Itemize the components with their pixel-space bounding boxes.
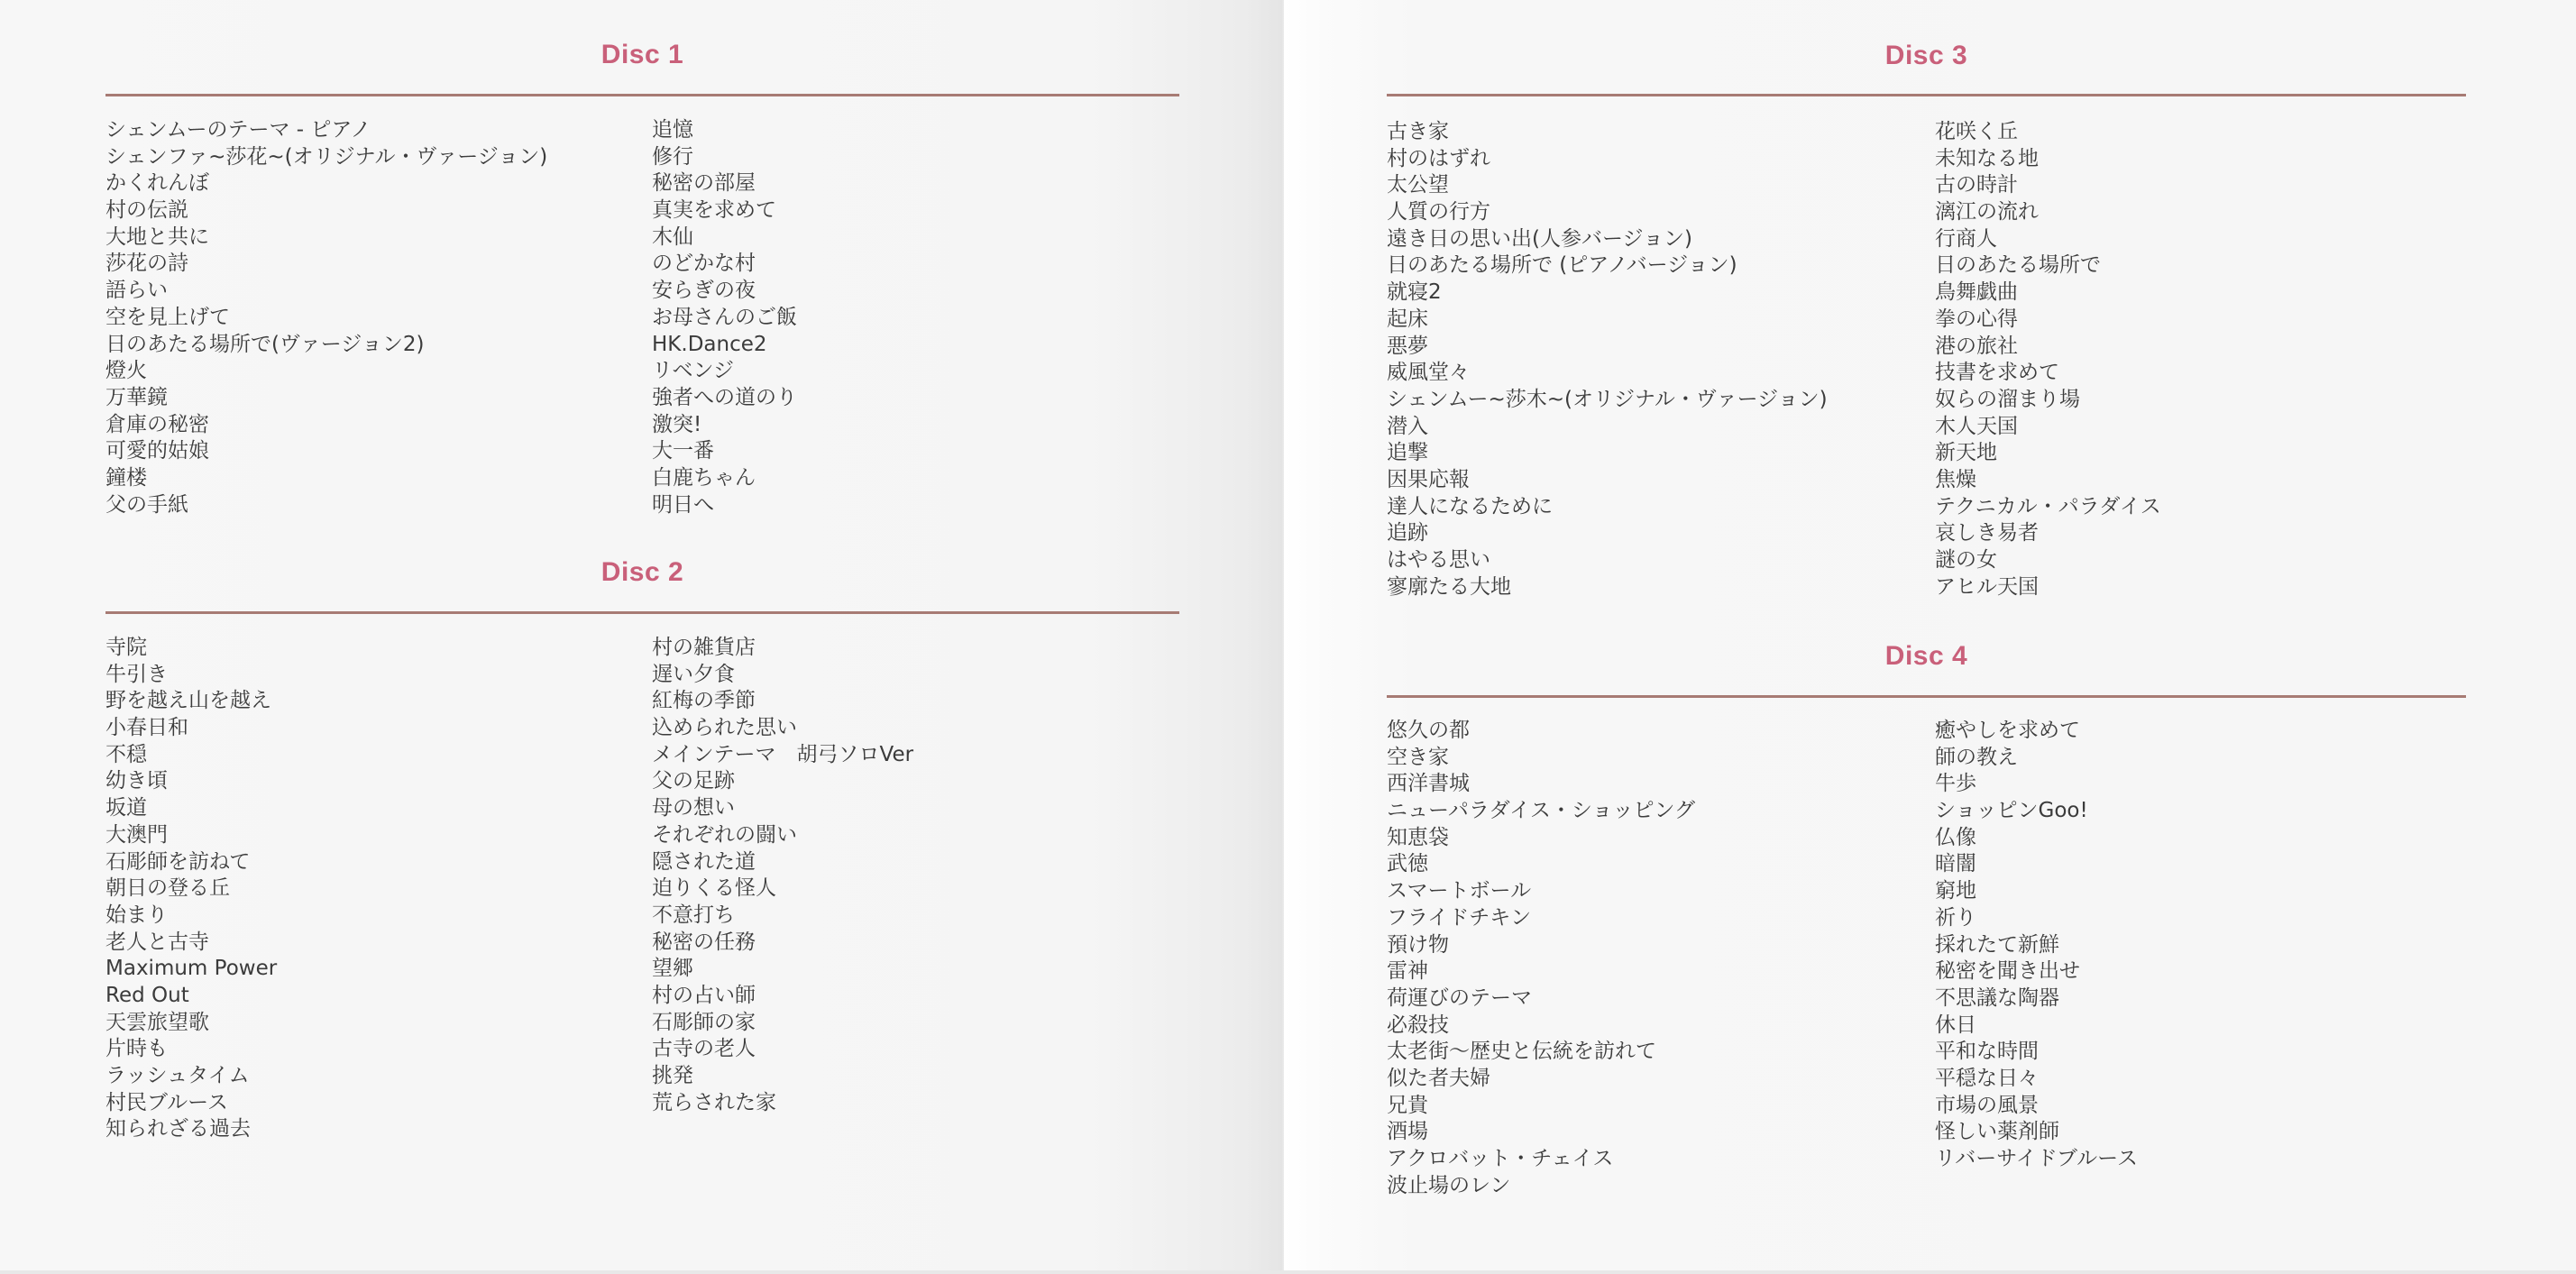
- disc-4-tracklist-col1: 悠久の都空き家西洋書城ニューパラダイス・ショッピング知恵袋武徳スマートボールフラ…: [1387, 718, 1695, 1199]
- track-title: 達人になるために: [1387, 494, 1828, 521]
- track-title: 不穏: [105, 742, 277, 769]
- track-title: 哀しき易者: [1935, 520, 2161, 547]
- track-title: 花咲く丘: [1935, 119, 2161, 146]
- disc-2-tracklist-col2: 村の雑貨店遅い夕食紅梅の季節込められた思いメインテーマ 胡弓ソロVer父の足跡母…: [652, 635, 913, 1116]
- disc-3-title: Disc 3: [1387, 41, 2466, 71]
- track-title: 木人天国: [1935, 414, 2161, 441]
- track-title: 白鹿ちゃん: [652, 465, 797, 492]
- disc-3-divider: [1387, 94, 2466, 96]
- track-title: 追撃: [1387, 440, 1828, 467]
- track-title: 村民ブルース: [105, 1090, 277, 1117]
- track-title: 悠久の都: [1387, 718, 1695, 745]
- track-title: Red Out: [105, 983, 277, 1010]
- track-title: 行商人: [1935, 226, 2161, 253]
- track-title: 村の雑貨店: [652, 635, 913, 662]
- track-title: 大地と共に: [105, 225, 547, 252]
- disc-1-tracklist-col1: シェンムーのテーマ - ピアノシェンファ~莎花~(オリジナル・ヴァージョン)かく…: [105, 117, 547, 518]
- track-title: それぞれの闘い: [652, 822, 913, 849]
- track-title: 片時も: [105, 1036, 277, 1063]
- track-title: 遠き日の思い出(人参バージョン): [1387, 226, 1828, 253]
- track-title: 起床: [1387, 307, 1828, 334]
- track-title: 知恵袋: [1387, 825, 1695, 852]
- disc-1-title: Disc 1: [105, 40, 1179, 70]
- track-title: 木仙: [652, 225, 797, 252]
- track-title: 平穏な日々: [1935, 1066, 2138, 1093]
- track-title: 紅梅の季節: [652, 688, 913, 715]
- track-title: 明日へ: [652, 492, 797, 519]
- track-title: 漓江の流れ: [1935, 199, 2161, 226]
- track-title: 秘密の部屋: [652, 170, 797, 197]
- disc-3-tracklist-col2: 花咲く丘未知なる地古の時計漓江の流れ行商人日のあたる場所で鳥舞戯曲拳の心得港の旅…: [1935, 119, 2161, 600]
- track-title: 真実を求めて: [652, 197, 797, 225]
- track-title: 追跡: [1387, 520, 1828, 547]
- track-title: 野を越え山を越え: [105, 688, 277, 715]
- track-title: 望郷: [652, 956, 913, 983]
- track-title: ニューパラダイス・ショッピング: [1387, 798, 1695, 825]
- track-title: 古寺の老人: [652, 1036, 913, 1063]
- track-title: 知られざる過去: [105, 1116, 277, 1143]
- track-title: ショッピンGoo!: [1935, 798, 2138, 825]
- track-title: 石彫師を訪ねて: [105, 849, 277, 876]
- track-title: 鐘楼: [105, 465, 547, 492]
- track-title: 謎の女: [1935, 547, 2161, 574]
- track-title: 西洋書城: [1387, 771, 1695, 798]
- track-title: 古き家: [1387, 119, 1828, 146]
- track-title: シェンムー~莎木~(オリジナル・ヴァージョン): [1387, 387, 1828, 414]
- disc-1-section: Disc 1 シェンムーのテーマ - ピアノシェンファ~莎花~(オリジナル・ヴァ…: [105, 0, 1179, 541]
- track-title: 小春日和: [105, 715, 277, 742]
- track-title: 武徳: [1387, 851, 1695, 878]
- track-title: 暗闇: [1935, 851, 2138, 878]
- disc-1-tracklist-col2: 追憶修行秘密の部屋真実を求めて木仙のどかな村安らぎの夜お母さんのご飯HK.Dan…: [652, 117, 797, 518]
- track-title: かくれんぼ: [105, 170, 547, 197]
- track-title: 奴らの溜まり場: [1935, 387, 2161, 414]
- track-title: シェンファ~莎花~(オリジナル・ヴァージョン): [105, 144, 547, 171]
- track-title: ラッシュタイム: [105, 1063, 277, 1090]
- track-title: 万華鏡: [105, 385, 547, 412]
- disc-2-title: Disc 2: [105, 557, 1179, 588]
- booklet-page-left: Disc 1 シェンムーのテーマ - ピアノシェンファ~莎花~(オリジナル・ヴァ…: [0, 0, 1284, 1274]
- track-title: 必殺技: [1387, 1013, 1695, 1040]
- track-title: 父の足跡: [652, 768, 913, 795]
- track-title: 村の占い師: [652, 983, 913, 1010]
- track-title: 焦燥: [1935, 467, 2161, 494]
- track-title: 父の手紙: [105, 492, 547, 519]
- track-title: 荒らされた家: [652, 1090, 913, 1117]
- disc-4-section: Disc 4 悠久の都空き家西洋書城ニューパラダイス・ショッピング知恵袋武徳スマ…: [1387, 622, 2466, 1253]
- track-title: 遅い夕食: [652, 662, 913, 689]
- track-title: 太老街〜歴史と伝統を訪れて: [1387, 1039, 1695, 1066]
- track-title: 幼き頃: [105, 768, 277, 795]
- track-title: 倉庫の秘密: [105, 412, 547, 439]
- track-title: 母の想い: [652, 795, 913, 822]
- track-title: 寥廓たる大地: [1387, 574, 1828, 601]
- track-title: 祈り: [1935, 905, 2138, 932]
- track-title: 太公望: [1387, 172, 1828, 199]
- track-title: 因果応報: [1387, 467, 1828, 494]
- track-title: HK.Dance2: [652, 332, 797, 359]
- disc-2-divider: [105, 611, 1179, 614]
- track-title: のどかな村: [652, 251, 797, 278]
- track-title: 仏像: [1935, 825, 2138, 852]
- disc-4-divider: [1387, 695, 2466, 698]
- track-title: 市場の風景: [1935, 1093, 2138, 1120]
- track-title: 兄貴: [1387, 1093, 1695, 1120]
- disc-4-title: Disc 4: [1387, 641, 2466, 672]
- track-title: 激突!: [652, 412, 797, 439]
- track-title: フライドチキン: [1387, 905, 1695, 932]
- track-title: 大一番: [652, 438, 797, 465]
- disc-4-tracklist-col2: 癒やしを求めて師の教え牛歩ショッピンGoo!仏像暗闇窮地祈り採れたて新鮮秘密を聞…: [1935, 718, 2138, 1173]
- track-title: 迫りくる怪人: [652, 875, 913, 903]
- track-title: 鳥舞戯曲: [1935, 280, 2161, 307]
- track-title: 似た者夫婦: [1387, 1066, 1695, 1093]
- track-title: テクニカル・パラダイス: [1935, 494, 2161, 521]
- disc-2-tracklist-col1: 寺院牛引き野を越え山を越え小春日和不穏幼き頃坂道大澳門石彫師を訪ねて朝日の登る丘…: [105, 635, 277, 1143]
- track-title: 空き家: [1387, 745, 1695, 772]
- track-title: メインテーマ 胡弓ソロVer: [652, 742, 913, 769]
- track-title: 可愛的姑娘: [105, 438, 547, 465]
- track-title: 老人と古寺: [105, 930, 277, 957]
- track-title: 隠された道: [652, 849, 913, 876]
- track-title: 追憶: [652, 117, 797, 144]
- track-title: 坂道: [105, 795, 277, 822]
- booklet-page-right: Disc 3 古き家村のはずれ太公望人質の行方遠き日の思い出(人参バージョン)日…: [1284, 0, 2576, 1274]
- track-title: 雷神: [1387, 958, 1695, 985]
- track-title: 村のはずれ: [1387, 146, 1828, 173]
- track-title: 秘密を聞き出せ: [1935, 958, 2138, 985]
- track-title: 秘密の任務: [652, 930, 913, 957]
- track-title: 日のあたる場所で (ピアノバージョン): [1387, 252, 1828, 280]
- disc-3-tracklist-col1: 古き家村のはずれ太公望人質の行方遠き日の思い出(人参バージョン)日のあたる場所で…: [1387, 119, 1828, 600]
- track-title: 語らい: [105, 278, 547, 305]
- track-title: 不思議な陶器: [1935, 985, 2138, 1013]
- track-title: 平和な時間: [1935, 1039, 2138, 1066]
- track-title: 師の教え: [1935, 745, 2138, 772]
- track-title: 牛引き: [105, 662, 277, 689]
- track-title: Maximum Power: [105, 956, 277, 983]
- track-title: 人質の行方: [1387, 199, 1828, 226]
- track-title: 潜入: [1387, 414, 1828, 441]
- track-title: 怪しい薬剤師: [1935, 1119, 2138, 1146]
- track-title: 寺院: [105, 635, 277, 662]
- track-title: 技書を求めて: [1935, 360, 2161, 387]
- track-title: 燈火: [105, 358, 547, 385]
- track-title: 港の旅社: [1935, 334, 2161, 361]
- track-title: 強者への道のり: [652, 385, 797, 412]
- track-title: シェンムーのテーマ - ピアノ: [105, 117, 547, 144]
- track-title: はやる思い: [1387, 547, 1828, 574]
- track-title: 挑発: [652, 1063, 913, 1090]
- track-title: 修行: [652, 144, 797, 171]
- track-title: 空を見上げて: [105, 305, 547, 332]
- track-title: 天雲旅望歌: [105, 1010, 277, 1037]
- track-title: 古の時計: [1935, 172, 2161, 199]
- track-title: 預け物: [1387, 932, 1695, 959]
- track-title: 荷運びのテーマ: [1387, 985, 1695, 1013]
- track-title: アヒル天国: [1935, 574, 2161, 601]
- track-title: リバーサイドブルース: [1935, 1146, 2138, 1173]
- track-title: 新天地: [1935, 440, 2161, 467]
- track-title: 窮地: [1935, 878, 2138, 905]
- track-title: 始まり: [105, 903, 277, 930]
- track-title: 朝日の登る丘: [105, 875, 277, 903]
- track-title: 村の伝説: [105, 197, 547, 225]
- track-title: 採れたて新鮮: [1935, 932, 2138, 959]
- track-title: 拳の心得: [1935, 307, 2161, 334]
- track-title: 癒やしを求めて: [1935, 718, 2138, 745]
- track-title: リベンジ: [652, 358, 797, 385]
- track-title: 大澳門: [105, 822, 277, 849]
- track-title: 安らぎの夜: [652, 278, 797, 305]
- track-title: 休日: [1935, 1013, 2138, 1040]
- track-title: 日のあたる場所で(ヴァージョン2): [105, 332, 547, 359]
- disc-2-section: Disc 2 寺院牛引き野を越え山を越え小春日和不穏幼き頃坂道大澳門石彫師を訪ね…: [105, 541, 1179, 1172]
- track-title: アクロバット・チェイス: [1387, 1146, 1695, 1173]
- track-title: 不意打ち: [652, 903, 913, 930]
- track-title: 牛歩: [1935, 771, 2138, 798]
- track-title: スマートボール: [1387, 878, 1695, 905]
- track-title: 石彫師の家: [652, 1010, 913, 1037]
- disc-3-section: Disc 3 古き家村のはずれ太公望人質の行方遠き日の思い出(人参バージョン)日…: [1387, 0, 2466, 622]
- track-title: 未知なる地: [1935, 146, 2161, 173]
- track-title: 日のあたる場所で: [1935, 252, 2161, 280]
- track-title: 就寝2: [1387, 280, 1828, 307]
- track-title: 莎花の詩: [105, 251, 547, 278]
- track-title: 悪夢: [1387, 334, 1828, 361]
- track-title: 酒場: [1387, 1119, 1695, 1146]
- track-title: 威風堂々: [1387, 360, 1828, 387]
- track-title: 波止場のレン: [1387, 1173, 1695, 1200]
- booklet-bottom-edge: [0, 1270, 2576, 1274]
- track-title: 込められた思い: [652, 715, 913, 742]
- disc-1-divider: [105, 94, 1179, 96]
- track-title: お母さんのご飯: [652, 305, 797, 332]
